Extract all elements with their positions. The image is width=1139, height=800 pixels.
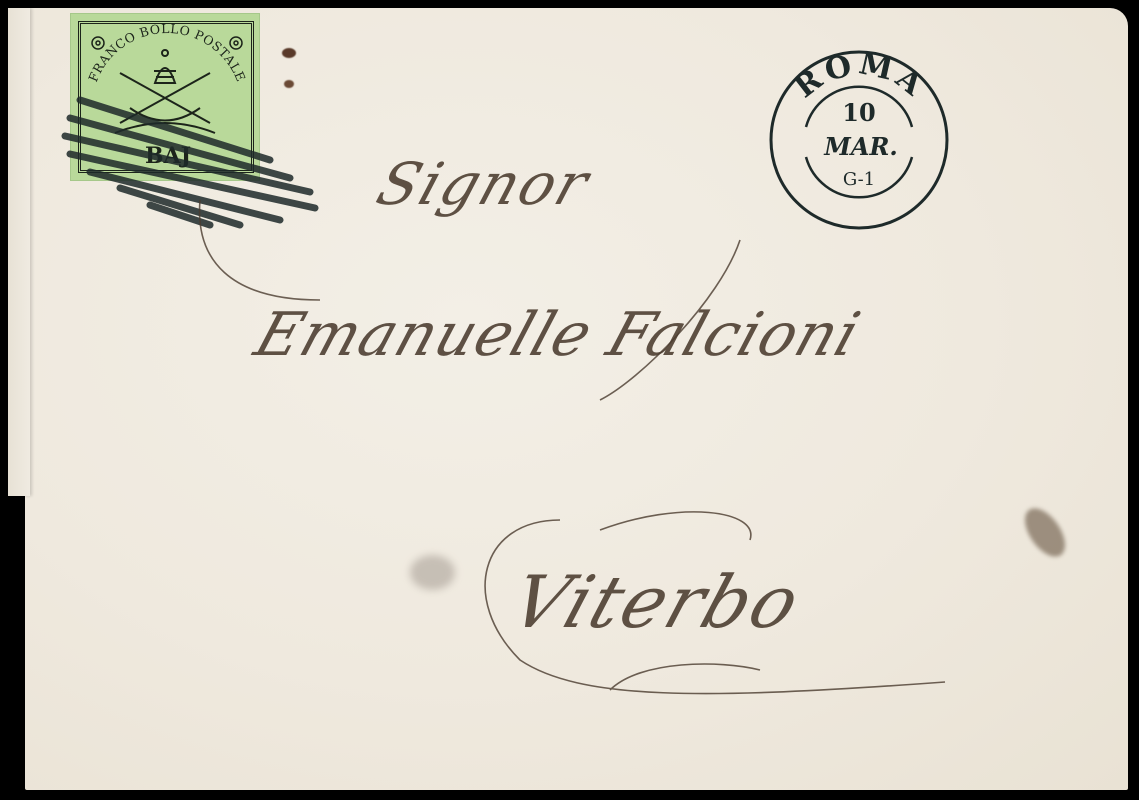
address-line-city: Viterbo xyxy=(501,560,811,644)
folded-flap xyxy=(8,8,30,496)
grid-cancel-icon xyxy=(40,60,340,250)
ink-smudge xyxy=(410,555,455,590)
roma-postmark: ROMA 10 MAR. G-1 xyxy=(766,47,952,233)
postmark-month: MAR. xyxy=(823,132,898,161)
address-line-salutation: Signor xyxy=(369,150,599,218)
postmark-day: 10 xyxy=(842,98,875,127)
address-line-name: Emanuelle Falcioni xyxy=(247,300,869,370)
svg-text:ROMA: ROMA xyxy=(788,47,932,105)
ink-spot xyxy=(282,48,296,58)
postmark-code: G-1 xyxy=(843,169,875,190)
postmark-city: ROMA xyxy=(788,47,932,105)
